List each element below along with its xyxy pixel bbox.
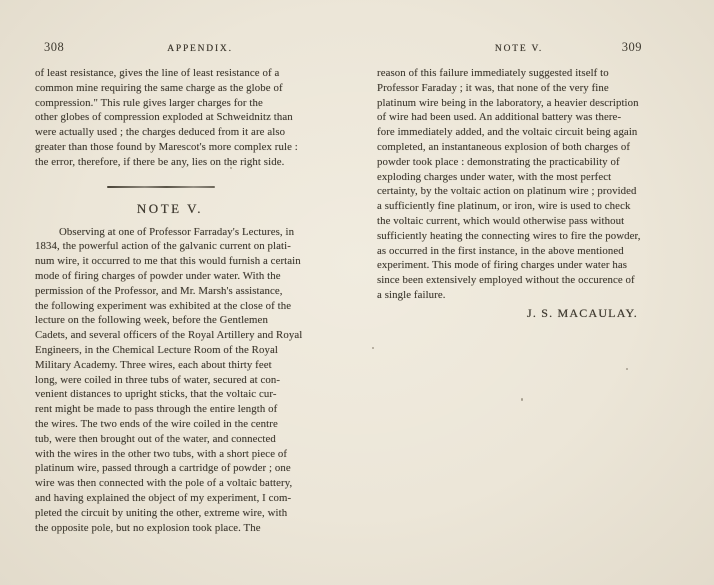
- text-line: powder took place : demonstrating the pr…: [377, 155, 661, 170]
- text-line: as occurred in the first instance, in th…: [377, 244, 661, 259]
- section-divider-rule: [107, 186, 215, 188]
- text-line: fore immediately added, and the voltaic …: [377, 125, 661, 140]
- text-line: mode of firing charges of powder under w…: [35, 269, 331, 284]
- text-line: tub, were then brought out of the water,…: [35, 432, 331, 447]
- left-running-head: APPENDIX.: [112, 42, 288, 56]
- text-line: venient distances to upright sticks, tha…: [35, 387, 331, 402]
- text-line: wire was then connected with the pole of…: [35, 476, 331, 491]
- text-line: Cadets, and several officers of the Roya…: [35, 328, 331, 343]
- paragraph-note-v: Observing at one of Professor Farraday's…: [35, 225, 331, 536]
- text-line: the error, therefore, if there be any, l…: [35, 155, 331, 170]
- text-line: exploding charges under water, with the …: [377, 170, 661, 185]
- text-line: of least resistance, gives the line of l…: [35, 66, 331, 81]
- text-line: and having explained the object of my ex…: [35, 491, 331, 506]
- right-running-header: NOTE V. 309: [377, 40, 661, 54]
- text-line: a single failure.: [377, 288, 661, 303]
- text-line: 1834, the powerful action of the galvani…: [35, 239, 331, 254]
- scan-speck: [230, 167, 232, 169]
- left-page-number: 308: [35, 40, 95, 54]
- paragraph-failure-reason: reason of this failure immediately sugge…: [377, 66, 661, 303]
- scan-speck: [372, 347, 374, 349]
- text-line: common mine requiring the same charge as…: [35, 81, 331, 96]
- text-line: platinum wire, passed through a cartridg…: [35, 461, 331, 476]
- text-line: were actually used ; the charges deduced…: [35, 125, 331, 140]
- text-line: reason of this failure immediately sugge…: [377, 66, 661, 81]
- text-line: other globes of compression exploded at …: [35, 110, 331, 125]
- text-line: platinum wire being in the laboratory, a…: [377, 96, 661, 111]
- text-line: since been extensively employed without …: [377, 273, 661, 288]
- text-line: the following experiment was exhibited a…: [35, 299, 331, 314]
- text-line: certainty, by the voltaic action on plat…: [377, 184, 661, 199]
- text-line: sufficiently heating the connecting wire…: [377, 229, 661, 244]
- text-line: Observing at one of Professor Farraday's…: [35, 225, 331, 240]
- text-line: of wire had been used. An additional bat…: [377, 110, 661, 125]
- right-running-head: NOTE V.: [437, 42, 601, 56]
- scan-speck: [521, 398, 523, 401]
- left-page: 308 APPENDIX. of least resistance, gives…: [35, 40, 331, 535]
- scan-speck: [626, 368, 628, 370]
- text-line: lecture on the following week, before th…: [35, 313, 331, 328]
- book-scan: 308 APPENDIX. of least resistance, gives…: [0, 0, 714, 585]
- text-line: experiment. This mode of firing charges …: [377, 258, 661, 273]
- text-line: with the wires in the other two tubs, wi…: [35, 447, 331, 462]
- text-line: long, were coiled in three tubs of water…: [35, 373, 331, 388]
- text-line: rent might be made to pass through the e…: [35, 402, 331, 417]
- author-signature: J. S. MACAULAY.: [377, 306, 661, 321]
- text-line: the opposite pole, but no explosion took…: [35, 521, 331, 536]
- text-line: Engineers, in the Chemical Lecture Room …: [35, 343, 331, 358]
- right-page: NOTE V. 309 reason of this failure immed…: [377, 40, 661, 321]
- right-page-number: 309: [601, 40, 661, 54]
- left-running-header: 308 APPENDIX.: [35, 40, 331, 54]
- text-line: Professor Faraday ; it was, that none of…: [377, 81, 661, 96]
- text-line: the voltaic current, which would otherwi…: [377, 214, 661, 229]
- text-line: greater than those found by Marescot's m…: [35, 140, 331, 155]
- paragraph-least-resistance: of least resistance, gives the line of l…: [35, 66, 331, 170]
- text-line: completed, an instantaneous explosion of…: [377, 140, 661, 155]
- text-line: a sufficiently fine platinum, or iron, w…: [377, 199, 661, 214]
- text-line: pleted the circuit by uniting the other,…: [35, 506, 331, 521]
- text-line: Military Academy. Three wires, each abou…: [35, 358, 331, 373]
- note-v-heading: NOTE V.: [22, 201, 318, 217]
- text-line: num wire, it occurred to me that this wo…: [35, 254, 331, 269]
- text-line: compression." This rule gives larger cha…: [35, 96, 331, 111]
- text-line: the wires. The two ends of the wire coil…: [35, 417, 331, 432]
- text-line: permission of the Professor, and Mr. Mar…: [35, 284, 331, 299]
